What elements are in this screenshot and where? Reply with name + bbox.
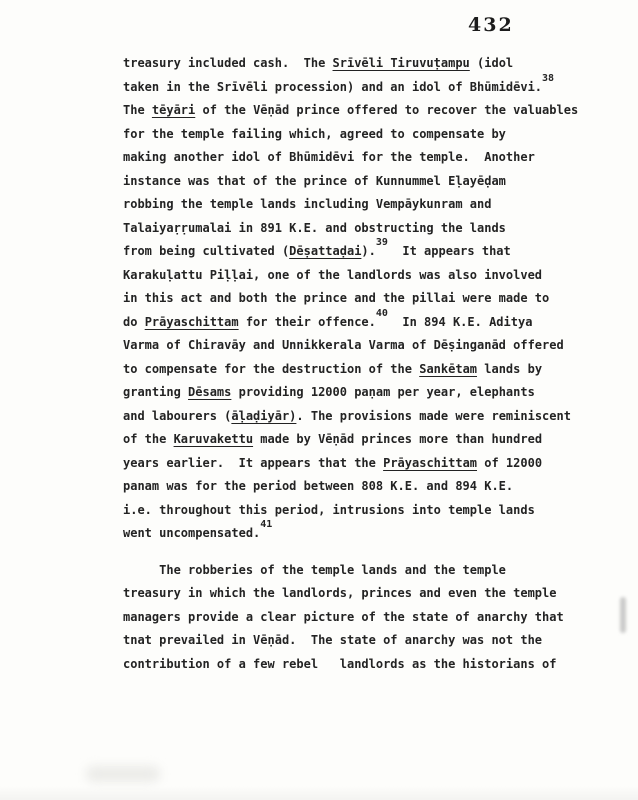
text-run: of the xyxy=(123,432,174,446)
text-run: panam was for the period between 808 K.E… xyxy=(123,479,513,493)
text-run: (idol xyxy=(470,56,513,70)
paragraph: The robberies of the temple lands and th… xyxy=(123,559,593,677)
underlined-term: Dēṣattaḍai xyxy=(289,244,361,258)
text-run: Karakuḷattu Piḷḷai, one of the landlords… xyxy=(123,268,542,282)
text-run: ). xyxy=(361,244,375,258)
text-run: went uncompensated. xyxy=(123,526,260,540)
text-run: and labourers ( xyxy=(123,409,231,423)
underlined-term: Dēsams xyxy=(188,385,231,399)
text-line: to compensate for the destruction of the… xyxy=(123,358,593,382)
text-line: panam was for the period between 808 K.E… xyxy=(123,475,593,499)
text-run: treasury included cash. The xyxy=(123,56,333,70)
underlined-term: tēyāri xyxy=(152,103,195,117)
text-run: providing 12000 paṇam per year, elephant… xyxy=(231,385,534,399)
text-line: tnat prevailed in Vēṇād. The state of an… xyxy=(123,629,593,653)
underlined-term: Karuvakettu xyxy=(174,432,253,446)
text-run: to compensate for the destruction of the xyxy=(123,362,419,376)
text-run: for the temple failing which, agreed to … xyxy=(123,127,506,141)
body-text: treasury included cash. The Srīvēli Tiru… xyxy=(123,52,593,676)
text-line: Varma of Chiravāy and Unnikkerala Varma … xyxy=(123,334,593,358)
text-line: contribution of a few rebel landlords as… xyxy=(123,653,593,677)
underlined-term: āḷaḍiyār) xyxy=(231,409,296,423)
underlined-term: Prāyaschittam xyxy=(145,315,239,329)
footnote-reference: 38 xyxy=(542,73,554,84)
underlined-term: Sankētam xyxy=(419,362,477,376)
text-line: granting Dēsams providing 12000 paṇam pe… xyxy=(123,381,593,405)
footnote-reference: 40 xyxy=(376,308,388,319)
page-number: 432 xyxy=(468,14,514,36)
text-run: managers provide a clear picture of the … xyxy=(123,610,564,624)
underlined-term: Srīvēli Tiruvuṭampu xyxy=(333,56,470,70)
text-run: made by Vēṇād princes more than hundred xyxy=(253,432,542,446)
text-line: for the temple failing which, agreed to … xyxy=(123,123,593,147)
paragraph: treasury included cash. The Srīvēli Tiru… xyxy=(123,52,593,546)
text-run: robbing the temple lands including Vempā… xyxy=(123,197,491,211)
text-run: In 894 K.E. Aditya xyxy=(388,315,533,329)
text-run: lands by xyxy=(477,362,542,376)
text-line: Karakuḷattu Piḷḷai, one of the landlords… xyxy=(123,264,593,288)
text-run: of the Vēṇād prince offered to recover t… xyxy=(195,103,578,117)
text-run: The robberies of the temple lands and th… xyxy=(123,563,506,577)
text-run: tnat prevailed in Vēṇād. The state of an… xyxy=(123,633,542,647)
text-line: i.e. throughout this period, intrusions … xyxy=(123,499,593,523)
text-run: taken in the Srīvēli procession) and an … xyxy=(123,80,542,94)
text-line: Talaiyaṛṛumalai in 891 K.E. and obstruct… xyxy=(123,217,593,241)
text-run: Talaiyaṛṛumalai in 891 K.E. and obstruct… xyxy=(123,221,506,235)
underlined-term: Prāyaschittam xyxy=(383,456,477,470)
text-line: from being cultivated (Dēṣattaḍai).39 It… xyxy=(123,240,593,264)
text-run: . The provisions made were reminiscent xyxy=(296,409,571,423)
text-line: robbing the temple lands including Vempā… xyxy=(123,193,593,217)
text-line: went uncompensated.41 xyxy=(123,522,593,546)
text-run: It appears that xyxy=(388,244,511,258)
text-run: instance was that of the prince of Kunnu… xyxy=(123,174,506,188)
text-run: for their offence. xyxy=(239,315,376,329)
footnote-reference: 39 xyxy=(376,237,388,248)
text-run: from being cultivated ( xyxy=(123,244,289,258)
text-run: treasury in which the landlords, princes… xyxy=(123,586,556,600)
text-line: managers provide a clear picture of the … xyxy=(123,606,593,630)
text-line: of the Karuvakettu made by Vēṇād princes… xyxy=(123,428,593,452)
text-line: The tēyāri of the Vēṇād prince offered t… xyxy=(123,99,593,123)
scan-artifact-right-edge xyxy=(620,597,626,633)
text-run: of 12000 xyxy=(477,456,542,470)
text-line: and labourers (āḷaḍiyār). The provisions… xyxy=(123,405,593,429)
text-line: taken in the Srīvēli procession) and an … xyxy=(123,76,593,100)
text-run: granting xyxy=(123,385,188,399)
text-run: Varma of Chiravāy and Unnikkerala Varma … xyxy=(123,338,564,352)
footnote-reference: 41 xyxy=(260,519,272,530)
text-run: i.e. throughout this period, intrusions … xyxy=(123,503,535,517)
text-run: contribution of a few rebel landlords as… xyxy=(123,657,556,671)
text-line: years earlier. It appears that the Prāya… xyxy=(123,452,593,476)
text-run: The xyxy=(123,103,152,117)
text-line: instance was that of the prince of Kunnu… xyxy=(123,170,593,194)
text-line: treasury in which the landlords, princes… xyxy=(123,582,593,606)
text-run: in this act and both the prince and the … xyxy=(123,291,549,305)
scan-edge-shade xyxy=(0,786,638,800)
text-run: years earlier. It appears that the xyxy=(123,456,383,470)
text-line: The robberies of the temple lands and th… xyxy=(123,559,593,583)
text-line: in this act and both the prince and the … xyxy=(123,287,593,311)
scan-smudge-bottom xyxy=(86,766,160,782)
text-line: making another idol of Bhūmidēvi for the… xyxy=(123,146,593,170)
text-run: making another idol of Bhūmidēvi for the… xyxy=(123,150,535,164)
text-run: do xyxy=(123,315,145,329)
text-line: do Prāyaschittam for their offence.40 In… xyxy=(123,311,593,335)
scanned-document-page: 432 treasury included cash. The Srīvēli … xyxy=(0,0,638,800)
text-line: treasury included cash. The Srīvēli Tiru… xyxy=(123,52,593,76)
